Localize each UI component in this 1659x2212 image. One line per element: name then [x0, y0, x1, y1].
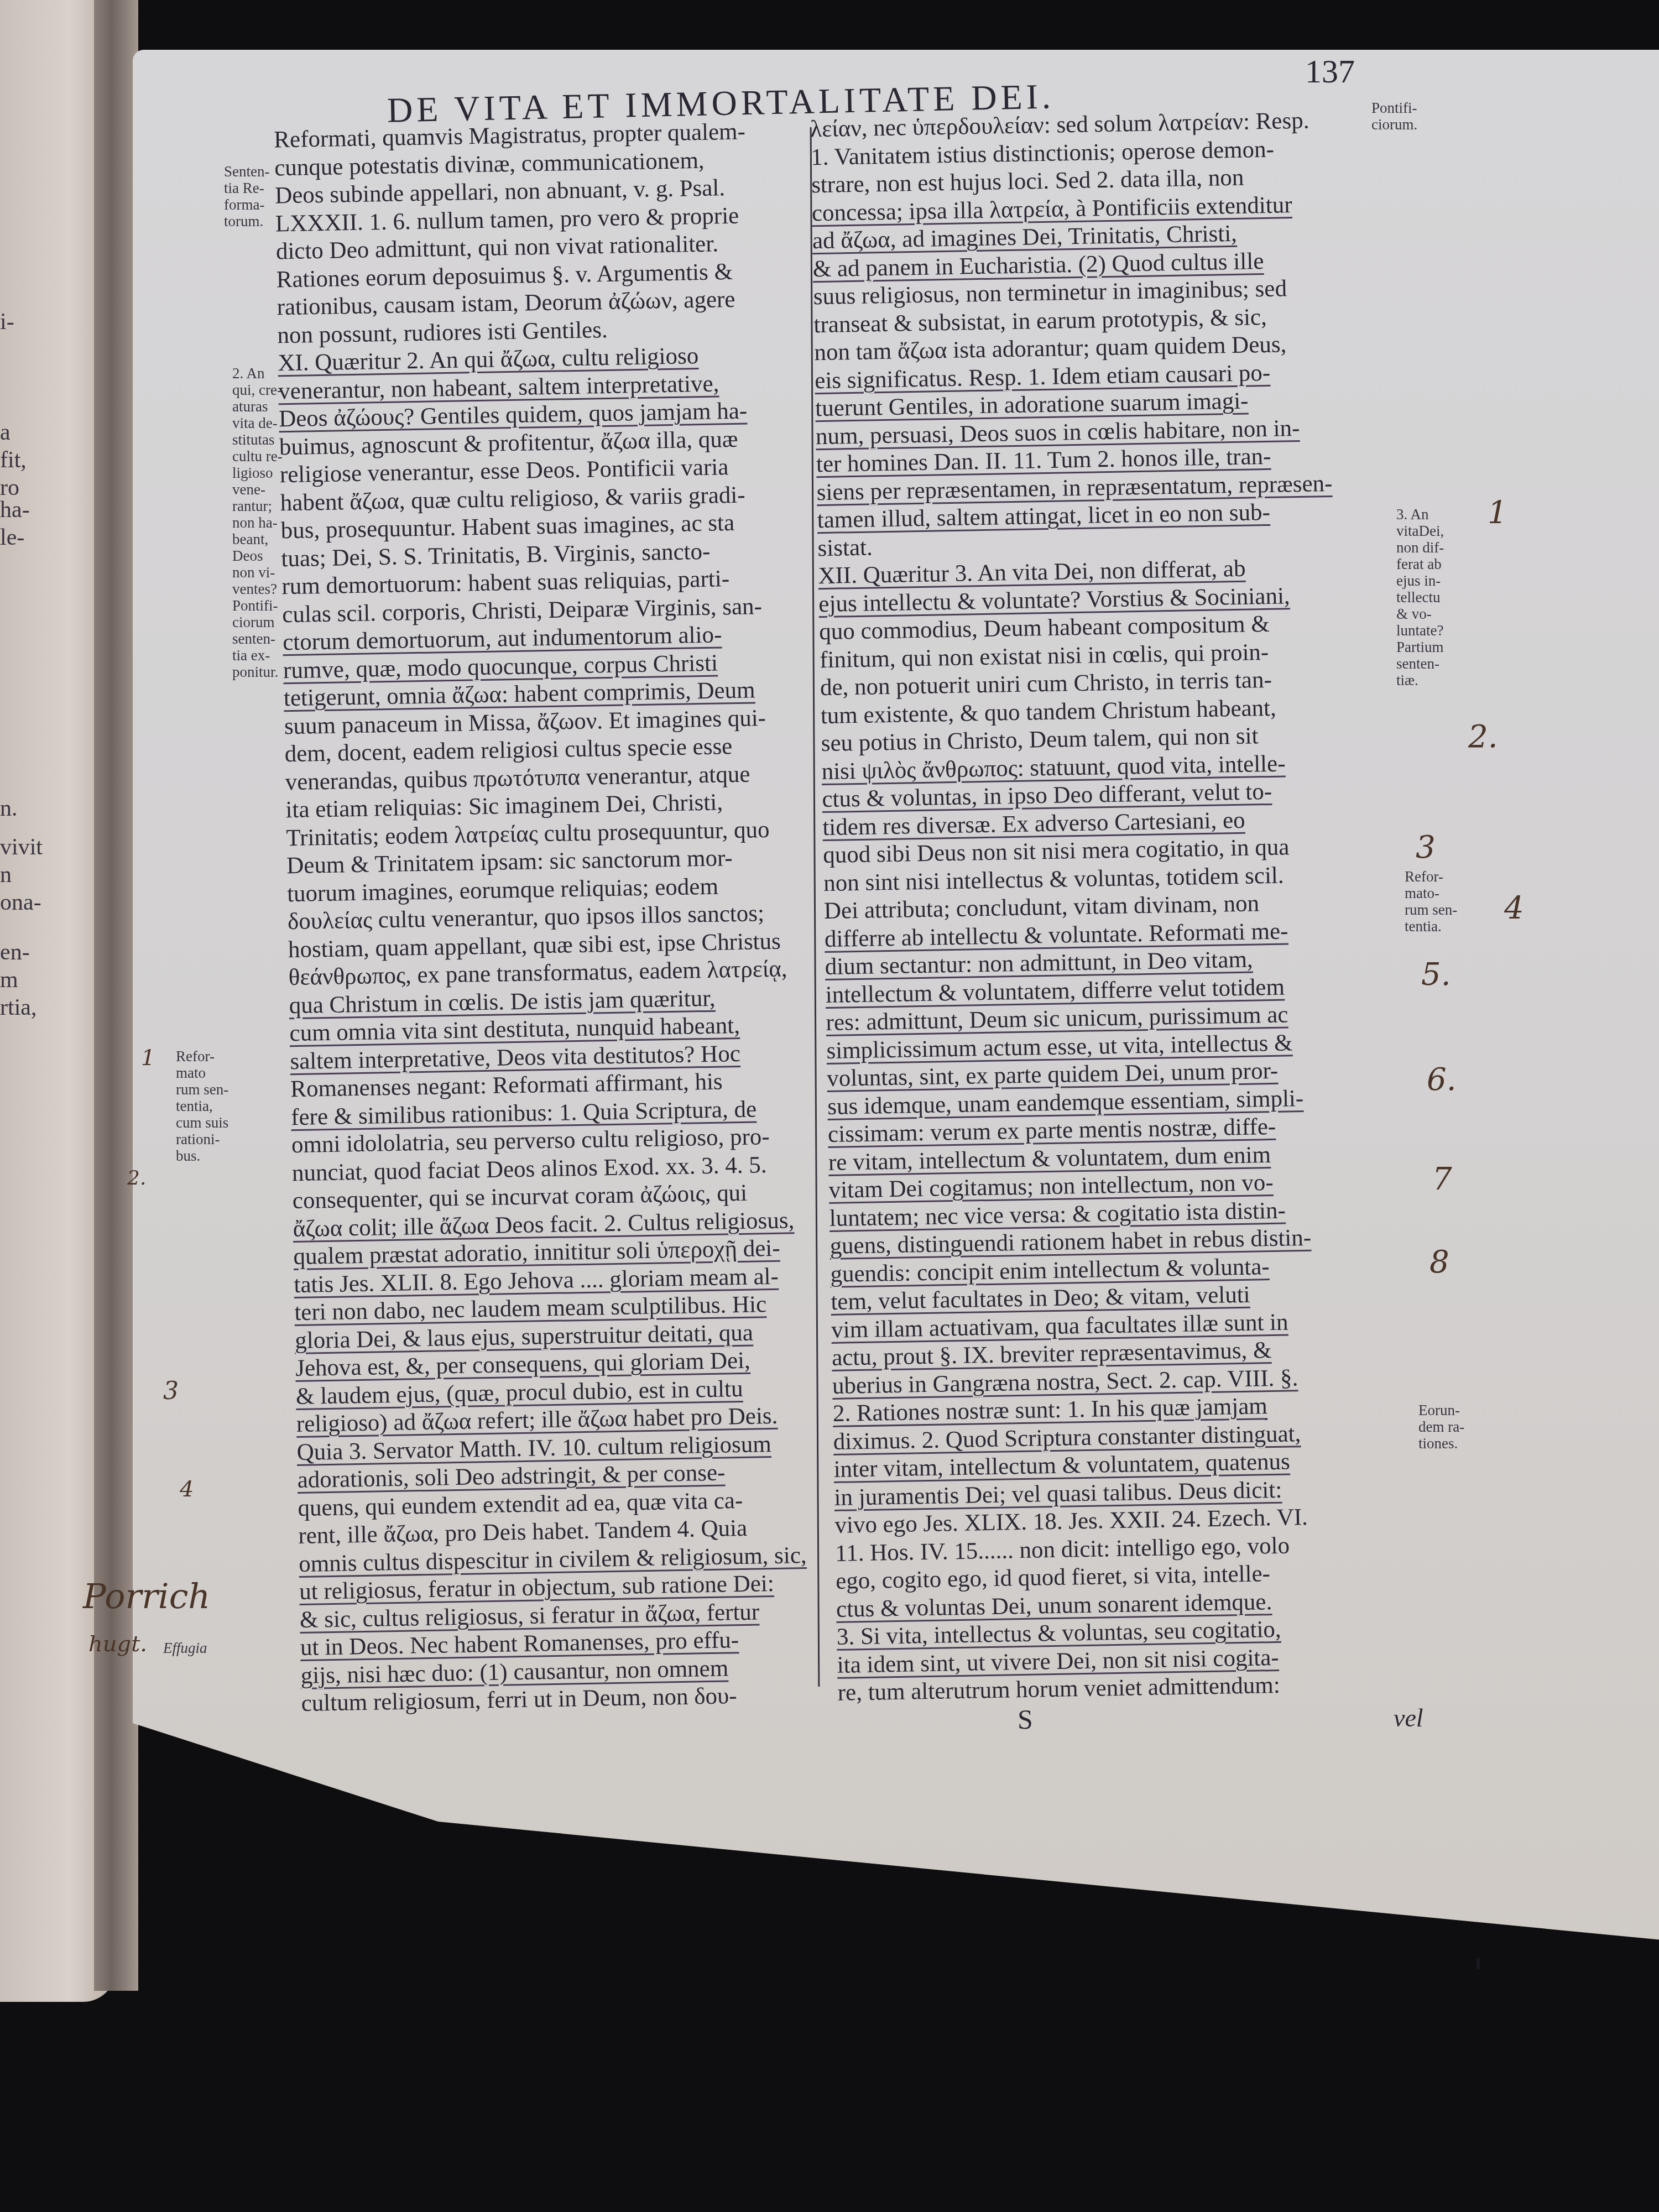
left-page-fragment: le- [0, 525, 24, 550]
margin-note-reformatorum-sententia: Refor-mato-rum sen-tentia. [1405, 868, 1457, 935]
margin-note-line: stitutas [232, 431, 283, 448]
margin-note-line: Pontifi- [1371, 100, 1417, 116]
margin-note-line: mato [176, 1065, 228, 1081]
margin-note-line: luntate? [1396, 622, 1444, 639]
margin-note-question-3: 3. AnvitaDei,non dif-ferat abejus in-tel… [1396, 506, 1444, 688]
margin-note-line: forma- [224, 196, 269, 213]
margin-note-line: Effugia [163, 1640, 207, 1656]
margin-note-sententia-reformatorum: Senten-tia Re-forma-torum. [224, 163, 269, 229]
handwritten-number: 4 [180, 1477, 194, 1502]
margin-note-line: rantur; [232, 498, 283, 514]
margin-note-line: ventes? [232, 581, 283, 597]
left-page-fragment: n. [0, 796, 18, 821]
margin-note-line: tia Re- [224, 180, 269, 196]
handwritten-number: 3 [163, 1377, 179, 1405]
margin-note-line: rum sen- [176, 1081, 228, 1098]
left-page-fragment: i- [0, 310, 14, 334]
margin-note-line: Pontifi- [232, 597, 283, 614]
column-right: λείαν, nec ὑπερδουλείαν: sed solum λατρε… [810, 106, 1413, 1707]
margin-note-line: ciorum [232, 614, 283, 630]
paper-speck [1477, 1958, 1480, 1970]
margin-note-line: tia ex- [232, 647, 283, 664]
handwritten-number: 5. [1421, 957, 1451, 993]
margin-note-line: tiæ. [1396, 672, 1444, 688]
left-page-fragment: vivit [0, 835, 43, 859]
margin-note-question-2: 2. Anqui, cre-aturasvita de-stitutascult… [232, 365, 283, 680]
margin-note-line: & vo- [1396, 606, 1444, 622]
margin-note-line: Deos [232, 547, 283, 564]
margin-note-line: vitaDei, [1396, 523, 1444, 539]
margin-note-line: senten- [1396, 655, 1444, 672]
margin-note-line: tentia, [176, 1098, 228, 1114]
left-page-fragment: ona- [0, 890, 41, 915]
left-page-fragment: a [0, 420, 11, 445]
handwritten-number: 4 [1504, 890, 1524, 926]
page-number: 137 [1305, 53, 1355, 91]
margin-note-line: rationi- [176, 1131, 228, 1147]
margin-note-line: vene- [232, 481, 283, 498]
margin-note-line: cultu re- [232, 448, 283, 465]
handwritten-number: 3 [1416, 830, 1436, 865]
margin-note-line: ligioso [232, 465, 283, 481]
catchword: vel [1394, 1703, 1423, 1733]
margin-note-line: cum suis [176, 1114, 228, 1131]
margin-note-line: beant, [232, 531, 283, 547]
margin-note-line: 2. An [232, 365, 283, 382]
printer-signature: S [1018, 1703, 1033, 1735]
left-page-fragment: n [0, 863, 12, 887]
handwritten-note: Porrich [83, 1576, 210, 1616]
margin-note-line: ciorum. [1371, 116, 1417, 133]
handwritten-number: 8 [1430, 1244, 1449, 1280]
handwritten-number: 6. [1427, 1062, 1456, 1098]
margin-note-line: non vi- [232, 564, 283, 581]
margin-note-line: non dif- [1396, 539, 1444, 556]
left-page-fragment: rtia, [0, 995, 36, 1020]
column-left: Reformati, quamvis Magistratus, propter … [274, 117, 821, 1718]
margin-note-line: rum sen- [1405, 901, 1457, 918]
margin-note-line: tentia. [1405, 918, 1457, 935]
left-page-fragment: ha- [0, 498, 30, 522]
margin-note-pontificiorum: Pontifi-ciorum. [1371, 100, 1417, 133]
left-page-fragment: m [0, 968, 18, 992]
handwritten-number: 2. [127, 1167, 146, 1190]
handwritten-number: 1 [141, 1045, 155, 1071]
handwritten-number: 1 [1488, 495, 1507, 531]
left-page-fragment: en- [0, 940, 30, 964]
handwritten-number: 7 [1432, 1161, 1452, 1197]
margin-note-line: Senten- [224, 163, 269, 180]
margin-note-line: non ha- [232, 514, 283, 531]
margin-note-line: Partium [1396, 639, 1444, 655]
margin-note-line: torum. [224, 213, 269, 229]
handwritten-number: 2. [1468, 719, 1498, 755]
margin-note-line: Refor- [1405, 868, 1457, 885]
margin-note-line: senten- [232, 630, 283, 647]
margin-note-line: qui, cre- [232, 382, 283, 398]
margin-note-line: tiones. [1418, 1435, 1464, 1452]
margin-note-line: tellectu [1396, 589, 1444, 606]
book-gutter [94, 0, 138, 1991]
margin-note-line: aturas [232, 398, 283, 415]
left-page-fragment: fit, [0, 448, 27, 472]
margin-note-line: ponitur. [232, 664, 283, 680]
margin-note-line: vita de- [232, 415, 283, 431]
margin-note-line: Refor- [176, 1048, 228, 1065]
margin-note-effugia: Effugia [163, 1640, 207, 1656]
margin-note-line: Eorun- [1418, 1402, 1464, 1418]
margin-note-line: 3. An [1396, 506, 1444, 523]
handwritten-note: hugt. [88, 1631, 147, 1657]
left-page-fragment: ro [0, 476, 19, 500]
margin-note-line: mato- [1405, 885, 1457, 901]
margin-note-eorundem-rationes: Eorun-dem ra-tiones. [1418, 1402, 1464, 1452]
margin-note-reformato-sententia: Refor-matorum sen-tentia,cum suisrationi… [176, 1048, 228, 1164]
margin-note-line: dem ra- [1418, 1418, 1464, 1435]
margin-note-line: ferat ab [1396, 556, 1444, 572]
margin-note-line: bus. [176, 1147, 228, 1164]
margin-note-line: ejus in- [1396, 572, 1444, 589]
